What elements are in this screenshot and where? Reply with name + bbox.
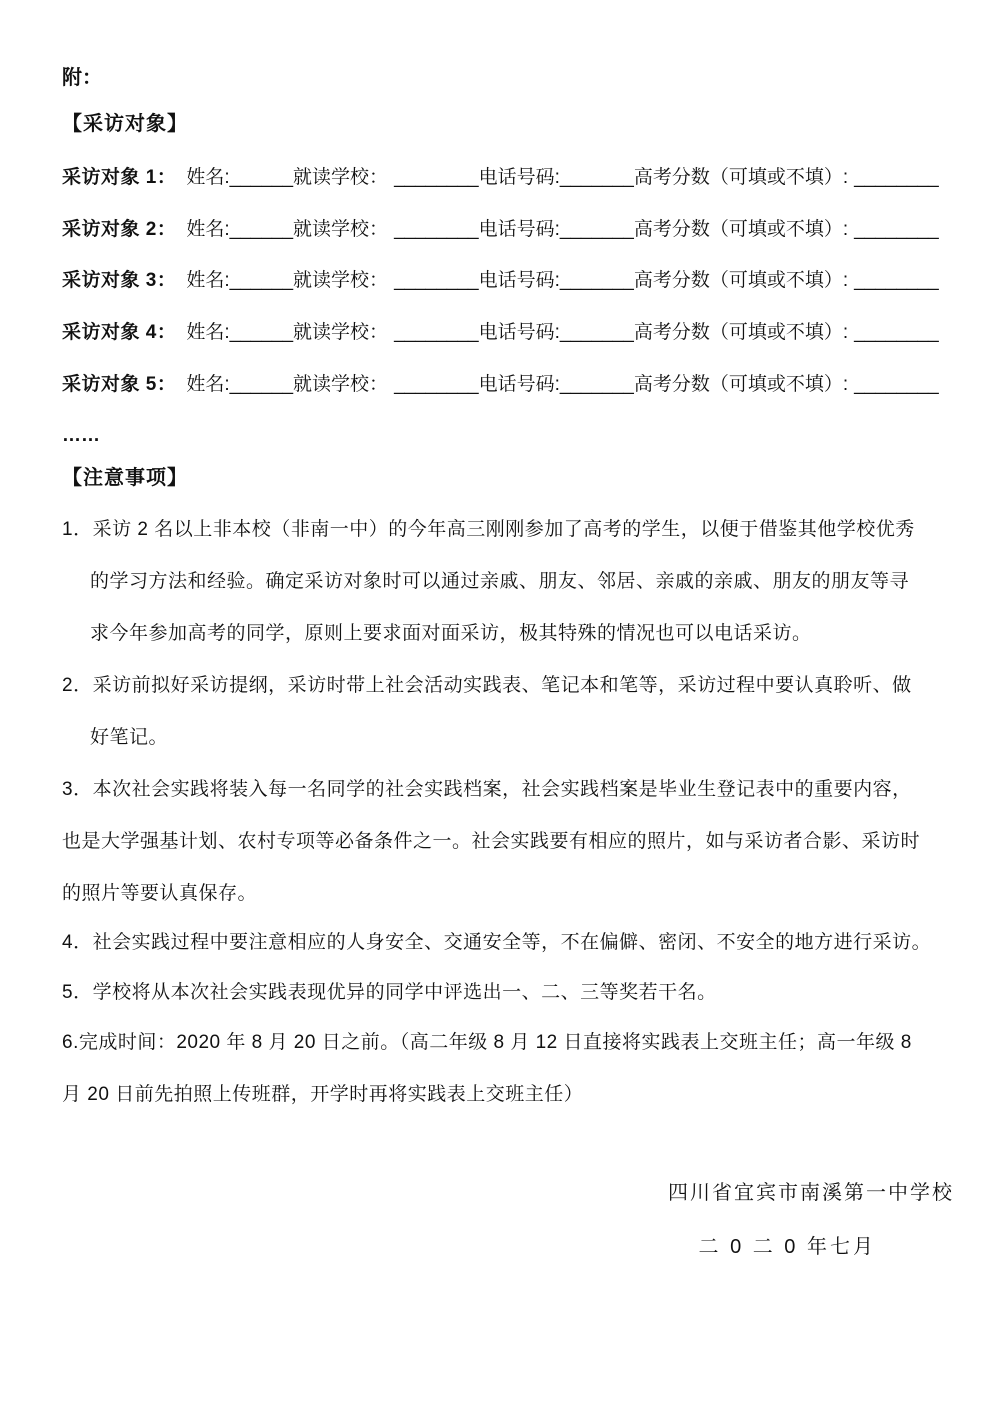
interview-row-label: 采访对象 2： xyxy=(62,219,176,240)
phone-blank: _______ xyxy=(560,270,634,291)
document-page: 附： 【采访对象】 采访对象 1：姓名:______就读学校：________电… xyxy=(0,0,1000,1413)
score-blank: ________ xyxy=(854,270,939,291)
phone-blank: _______ xyxy=(560,219,634,240)
school-blank: ________ xyxy=(394,322,479,343)
score-label: 高考分数（可填或不填）: xyxy=(634,322,848,343)
note-line: 3．本次社会实践将装入每一名同学的社会实践档案，社会实践档案是毕业生登记表中的重… xyxy=(62,780,912,799)
school-blank: ________ xyxy=(394,167,479,188)
name-label: 姓名: xyxy=(186,167,229,188)
score-label: 高考分数（可填或不填）: xyxy=(634,167,848,188)
phone-label: 电话号码: xyxy=(479,270,560,291)
score-blank: ________ xyxy=(854,167,939,188)
note-line: 的学习方法和经验。确定采访对象时可以通过亲戚、朋友、邻居、亲戚的亲戚、朋友的朋友… xyxy=(90,572,909,591)
name-label: 姓名: xyxy=(186,322,229,343)
score-blank: ________ xyxy=(854,322,939,343)
name-label: 姓名: xyxy=(186,219,229,240)
name-blank: ______ xyxy=(230,322,293,343)
school-blank: ________ xyxy=(394,374,479,395)
note-line: 4．社会实践过程中要注意相应的人身安全、交通安全等，不在偏僻、密闭、不安全的地方… xyxy=(62,933,931,952)
ellipsis: …… xyxy=(62,426,100,445)
school-blank: ________ xyxy=(394,219,479,240)
phone-label: 电话号码: xyxy=(479,219,560,240)
note-line: 6.完成时间：2020 年 8 月 20 日之前。（高二年级 8 月 12 日直… xyxy=(62,1033,912,1052)
school-label: 就读学校： xyxy=(293,270,388,291)
school-label: 就读学校： xyxy=(293,374,388,395)
phone-blank: _______ xyxy=(560,374,634,395)
interview-row: 采访对象 4：姓名:______就读学校：________电话号码:______… xyxy=(62,323,939,342)
name-label: 姓名: xyxy=(186,270,229,291)
interview-section-heading: 【采访对象】 xyxy=(62,114,188,134)
note-line: 月 20 日前先拍照上传班群，开学时再将实践表上交班主任） xyxy=(62,1085,583,1104)
name-blank: ______ xyxy=(230,167,293,188)
note-line: 好笔记。 xyxy=(90,728,168,747)
score-label: 高考分数（可填或不填）: xyxy=(634,374,848,395)
phone-blank: _______ xyxy=(560,167,634,188)
school-label: 就读学校： xyxy=(293,322,388,343)
phone-label: 电话号码: xyxy=(479,167,560,188)
score-blank: ________ xyxy=(854,219,939,240)
note-line: 2．采访前拟好采访提纲，采访时带上社会活动实践表、笔记本和笔等，采访过程中要认真… xyxy=(62,676,912,695)
note-line: 5．学校将从本次社会实践表现优异的同学中评选出一、二、三等奖若干名。 xyxy=(62,983,717,1002)
name-label: 姓名: xyxy=(186,374,229,395)
phone-label: 电话号码: xyxy=(479,322,560,343)
interview-row-label: 采访对象 5： xyxy=(62,374,176,395)
name-blank: ______ xyxy=(230,270,293,291)
note-line: 的照片等要认真保存。 xyxy=(62,884,257,903)
score-label: 高考分数（可填或不填）: xyxy=(634,270,848,291)
footer-date: 二 0 二 0 年七月 xyxy=(699,1237,876,1257)
score-blank: ________ xyxy=(854,374,939,395)
name-blank: ______ xyxy=(230,219,293,240)
phone-label: 电话号码: xyxy=(479,374,560,395)
note-line: 求今年参加高考的同学，原则上要求面对面采访，极其特殊的情况也可以电话采访。 xyxy=(90,624,812,643)
school-blank: ________ xyxy=(394,270,479,291)
school-label: 就读学校： xyxy=(293,167,388,188)
footer-school-name: 四川省宜宾市南溪第一中学校 xyxy=(668,1183,954,1203)
note-line: 1．采访 2 名以上非本校（非南一中）的今年高三刚刚参加了高考的学生，以便于借鉴… xyxy=(62,520,915,539)
interview-row: 采访对象 5：姓名:______就读学校：________电话号码:______… xyxy=(62,375,939,394)
interview-row: 采访对象 2：姓名:______就读学校：________电话号码:______… xyxy=(62,220,939,239)
school-label: 就读学校： xyxy=(293,219,388,240)
interview-row-label: 采访对象 1： xyxy=(62,167,176,188)
name-blank: ______ xyxy=(230,374,293,395)
interview-row-label: 采访对象 3： xyxy=(62,270,176,291)
interview-row: 采访对象 1：姓名:______就读学校：________电话号码:______… xyxy=(62,168,939,187)
interview-row: 采访对象 3：姓名:______就读学校：________电话号码:______… xyxy=(62,271,939,290)
interview-row-label: 采访对象 4： xyxy=(62,322,176,343)
notes-section-heading: 【注意事项】 xyxy=(62,468,188,488)
score-label: 高考分数（可填或不填）: xyxy=(634,219,848,240)
note-line: 也是大学强基计划、农村专项等必备条件之一。社会实践要有相应的照片，如与采访者合影… xyxy=(62,832,920,851)
phone-blank: _______ xyxy=(560,322,634,343)
attachment-label: 附： xyxy=(62,68,102,88)
